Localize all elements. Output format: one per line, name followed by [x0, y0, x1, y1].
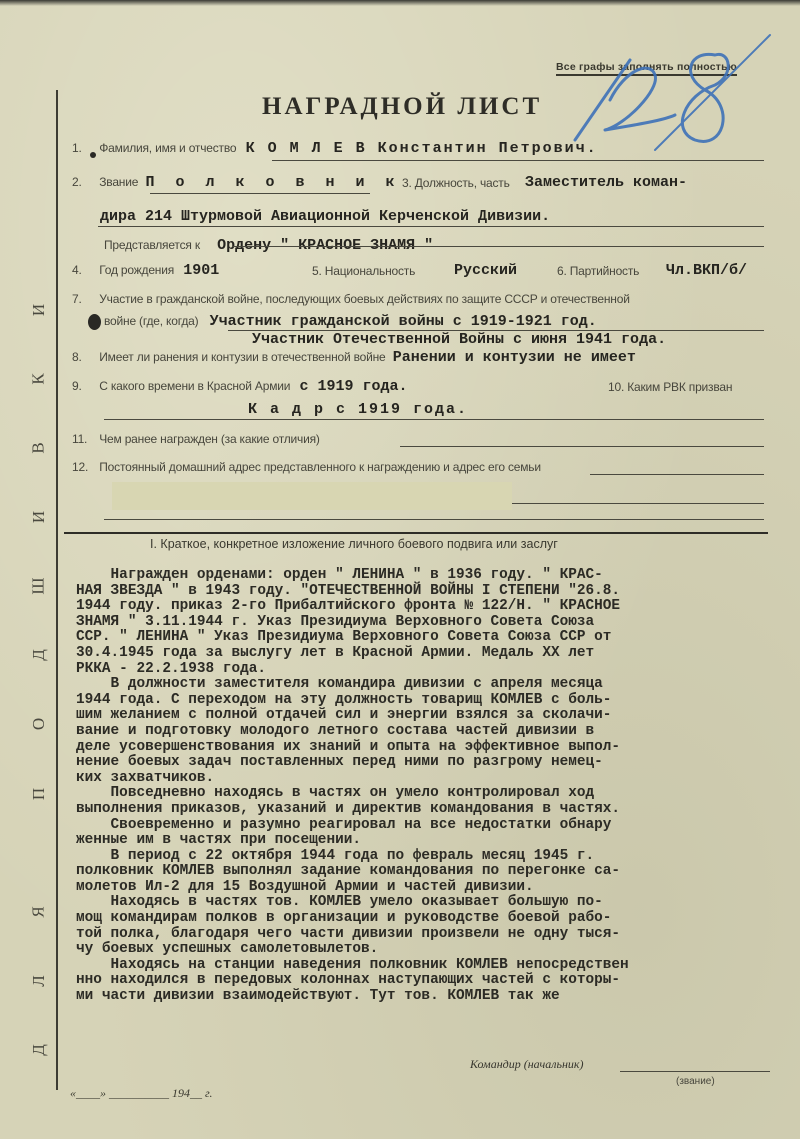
- date-line: «____» __________ 194__ г.: [70, 1086, 213, 1101]
- field-birth-nation-party: 4. Год рождения 1901 5. Национальность Р…: [72, 262, 768, 279]
- punch-hole: [88, 314, 101, 330]
- underline: [400, 446, 764, 447]
- page-title: НАГРАДНОЙ ЛИСТ: [262, 93, 542, 121]
- field-home-address: 12. Постоянный домашний адрес представле…: [72, 459, 768, 475]
- combat-value-2: Участник Отечественной Войны с июня 1941…: [252, 331, 768, 348]
- position-value: Заместитель коман-: [525, 174, 687, 191]
- underline: [150, 193, 370, 194]
- field-full-name: 1. Фамилия, имя и отчество К О М Л Е В К…: [72, 140, 768, 157]
- margin-line: [56, 90, 58, 1090]
- redacted-area: [112, 482, 512, 510]
- full-name-value: К О М Л Е В Константин Петрович.: [246, 140, 598, 157]
- field-combat-participation: 7. Участие в гражданской войне, последую…: [72, 291, 768, 307]
- birth-year-value: 1901: [183, 262, 219, 279]
- field-combat-participation-cont: войне (где, когда) Участник гражданской …: [104, 313, 768, 330]
- field-army-since: 9. С какого времени в Красной Армии с 19…: [72, 378, 768, 395]
- field-rank: 2. Звание П о л к о в н и к 3. Должность…: [72, 174, 768, 191]
- army-since-cont: К а д р с 1919 года.: [248, 401, 768, 418]
- underline: [232, 246, 764, 247]
- merit-description: Награжден орденами: орден " ЛЕНИНА " в 1…: [76, 568, 788, 1005]
- underline: [272, 160, 764, 161]
- rank-caption: (звание): [676, 1076, 715, 1087]
- field-previous-awards: 11. Чем ранее награжден (за какие отличи…: [72, 431, 768, 447]
- underline: [590, 474, 764, 475]
- section-heading: I. Краткое, конкретное изложение личного…: [150, 537, 558, 551]
- scan-edge: [0, 0, 800, 6]
- signature-line: [620, 1071, 770, 1072]
- field-position-cont: дира 214 Штурмовой Авиационной Керченско…: [100, 208, 768, 225]
- underline: [512, 503, 764, 504]
- underline: [104, 419, 764, 420]
- rank-value: П о л к о в н и к: [145, 174, 400, 191]
- field-wounds: 8. Имеет ли ранения и контузии в отечест…: [72, 349, 768, 366]
- nationality-value: Русский: [454, 262, 517, 279]
- margin-vertical-text: Д Л Я П О Д Ш И В К И: [24, 300, 54, 1060]
- underline: [98, 226, 764, 227]
- underline: [104, 519, 764, 520]
- section-divider: [64, 532, 768, 534]
- party-value: Чл.ВКП/б/: [666, 262, 747, 279]
- signature-label: Командир (начальник): [470, 1057, 584, 1072]
